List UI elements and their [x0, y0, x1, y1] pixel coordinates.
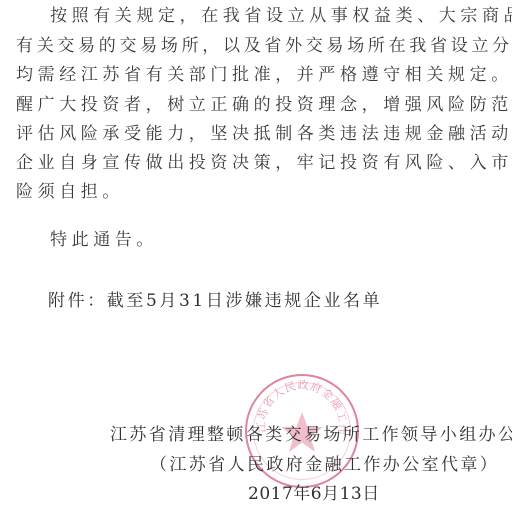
paragraph-line-5: 评估风险承受能力，坚决抵制各类违法违规金融活动，切忌仅凭 [16, 124, 512, 144]
closing-text: 特此通告。 [50, 230, 158, 250]
attachment-line: 附件：截至5月31日涉嫌违规企业名单 [48, 291, 382, 311]
notice-document: 按照有关规定，在我省设立从事权益类、大宗商品类及其他 有关交易的交易场所，以及省… [0, 0, 512, 519]
issuing-office: 江苏省清理整顿各类交易场所工作领导小组办公室 [110, 425, 512, 445]
paragraph-line-4: 醒广大投资者，树立正确的投资理念，增强风险防范意识，合理 [16, 95, 512, 115]
paragraph-line-3: 均需经江苏省有关部门批准，并严格遵守相关规定。在此郑重提 [16, 65, 512, 85]
paragraph-line-2: 有关交易的交易场所，以及省外交易场所在我省设立分支机构， [16, 36, 512, 56]
paragraph-line-7: 险须自担。 [16, 182, 124, 202]
seal-note: （江苏省人民政府金融工作办公室代章） [150, 455, 499, 475]
paragraph-line-1: 按照有关规定，在我省设立从事权益类、大宗商品类及其他 [50, 6, 512, 26]
issue-date: 2017年6月13日 [248, 484, 380, 504]
paragraph-line-6: 企业自身宣传做出投资决策，牢记投资有风险、入市要谨慎、风 [16, 153, 512, 173]
